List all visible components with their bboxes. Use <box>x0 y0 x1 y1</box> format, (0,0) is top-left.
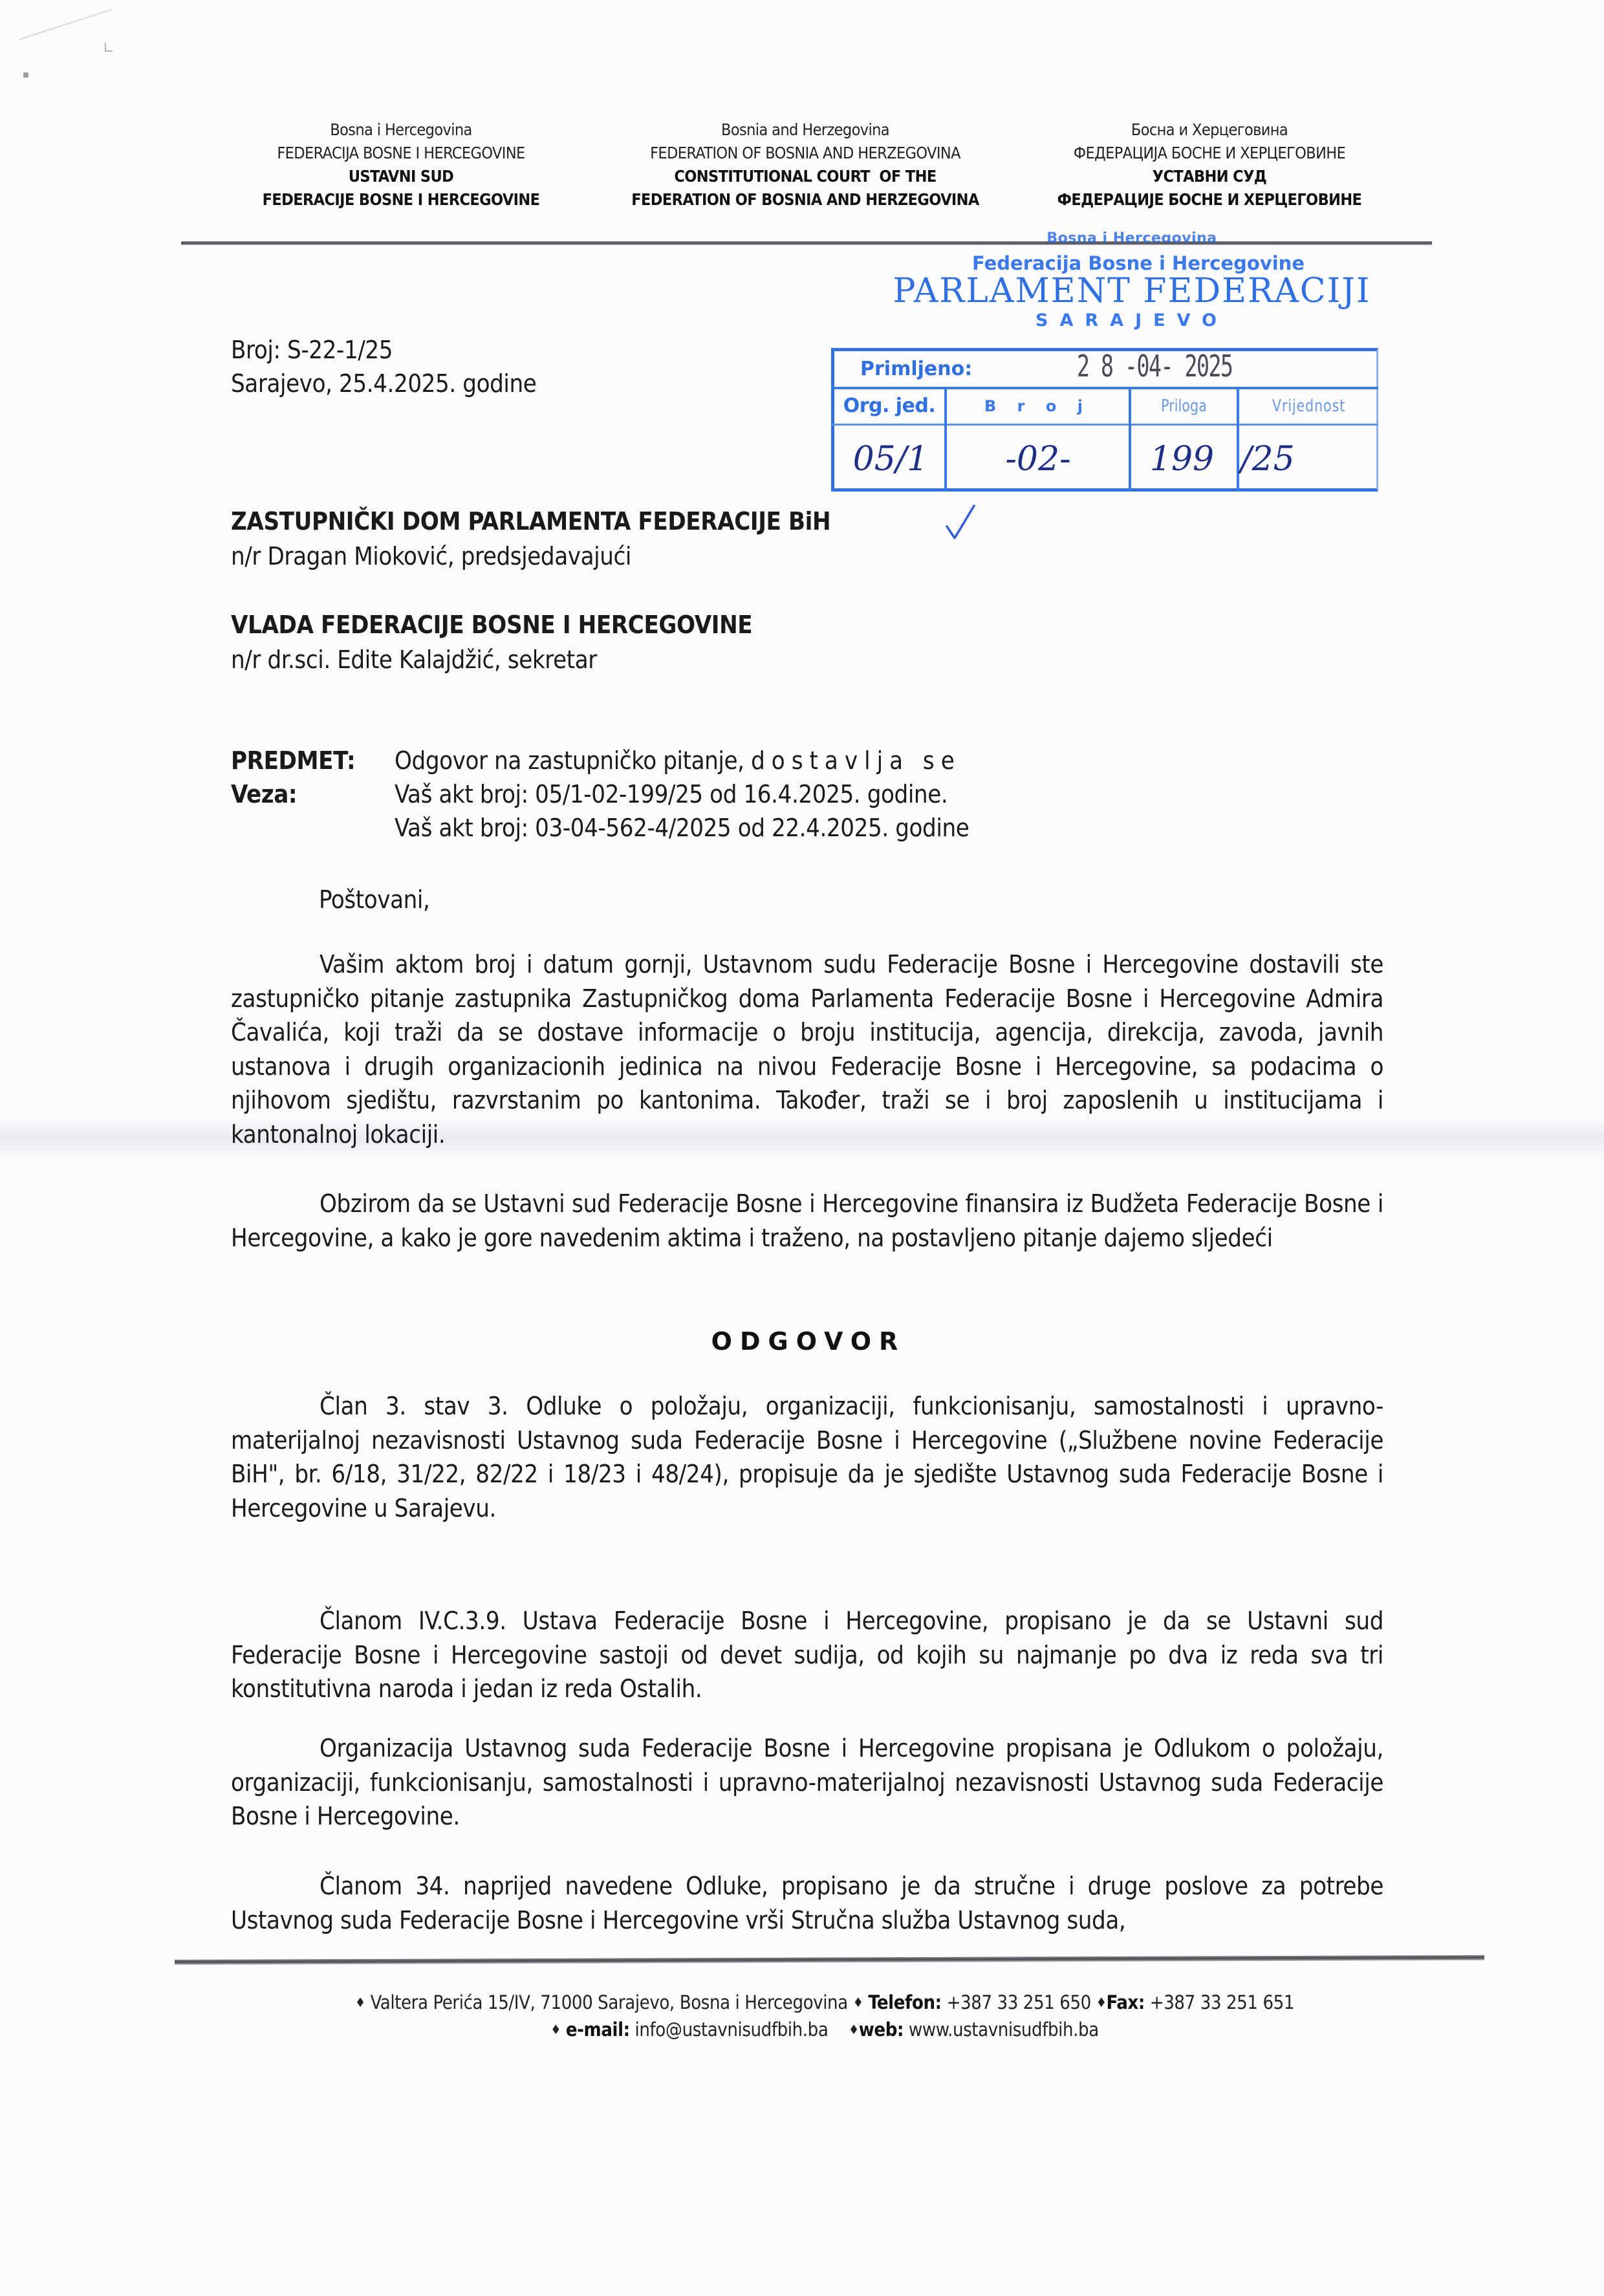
paragraph-text: Vašim aktom broj i datum gornji, Ustavno… <box>231 948 1383 1151</box>
footer-web-label: web: <box>859 2019 904 2041</box>
stamp-header-org-unit: Org. jed. <box>834 393 944 419</box>
relation-label: Veza: <box>231 777 297 811</box>
body-paragraph: Članom IV.C.3.9. Ustava Federacije Bosne… <box>231 1604 1383 1706</box>
body-paragraph: Obzirom da se Ustavni sud Federacije Bos… <box>231 1187 1383 1255</box>
stamp-handwritten-org-unit: 05/1 <box>842 439 939 480</box>
stamp-received-date: 2 8 -04- 2025 <box>1077 347 1233 385</box>
letterhead-court: USTAVNI SUD <box>226 165 576 188</box>
stamp-city: SARAJEVO <box>996 309 1268 332</box>
checkmark-icon <box>946 504 975 539</box>
footer-web-link[interactable]: www.ustavnisudfbih.ba <box>909 2019 1099 2041</box>
letterhead-court: CONSTITUTIONAL COURT OF THE <box>582 165 1028 188</box>
stamp-column-divider <box>1129 388 1131 492</box>
footer-email-link[interactable]: info@ustavnisudfbih.ba <box>635 2019 829 2041</box>
stamp-country: Bosna i Hercegovina <box>996 231 1268 243</box>
subject-action: dostavlja se <box>751 746 961 775</box>
letterhead-federation: FEDERATION OF BOSNIA AND HERZEGOVINA <box>582 142 1028 165</box>
letterhead-bosnian: Bosna i Hercegovina FEDERACIJA BOSNE I H… <box>226 118 576 211</box>
stamp-header-value: Vrijednost <box>1253 393 1365 419</box>
letterhead-country: Bosnia and Herzegovina <box>582 118 1028 142</box>
letterhead-court: УСТАВНИ СУД <box>1022 165 1397 188</box>
letterhead-federation: ФЕДЕРАЦИЈА БОСНЕ И ХЕРЦЕГОВИНЕ <box>1022 142 1397 165</box>
subject-text: Odgovor na zastupničko pitanje, dostavlj… <box>395 744 961 777</box>
bullet-icon: ♦ <box>355 1995 365 2010</box>
stamp-parliament: PARLAMENT FEDERACIJI <box>880 272 1384 310</box>
footer-phone: +387 33 251 650 <box>947 1991 1091 2013</box>
paragraph-text: Član 3. stav 3. Odluke o položaju, organ… <box>231 1389 1383 1525</box>
reference-place-date: Sarajevo, 25.4.2025. godine <box>231 367 536 400</box>
scan-speck <box>105 43 113 52</box>
letterhead-court-federation: FEDERATION OF BOSNIA AND HERZEGOVINA <box>582 188 1028 211</box>
salutation: Poštovani, <box>319 883 430 916</box>
letterhead-court-federation: FEDERACIJE BOSNE I HERCEGOVINE <box>226 188 576 211</box>
recipient-title: VLADA FEDERACIJE BOSNE I HERCEGOVINE <box>231 608 752 642</box>
bullet-icon: ♦ <box>853 1995 863 2010</box>
stamp-handwritten-sequence: 199 <box>1132 439 1232 480</box>
letterhead-english: Bosnia and Herzegovina FEDERATION OF BOS… <box>582 118 1028 211</box>
scan-mark <box>19 9 112 40</box>
stamp-column-divider <box>1237 388 1239 492</box>
stamp-handwritten-year: /25 <box>1241 439 1312 480</box>
bullet-icon: ♦ <box>849 2022 859 2037</box>
relation-line: Vaš akt broj: 05/1-02-199/25 od 16.4.202… <box>395 777 948 811</box>
footer-phone-label: Telefon: <box>868 1991 941 2013</box>
paragraph-text: Obzirom da se Ustavni sud Federacije Bos… <box>231 1187 1383 1255</box>
stamp-divider <box>831 424 1378 426</box>
subject-label: PREDMET: <box>231 744 355 777</box>
stamp-divider <box>831 387 1378 389</box>
footer-contact-line: ♦ Valtera Perića 15/IV, 71000 Sarajevo, … <box>181 1989 1468 2015</box>
relation-line: Vaš akt broj: 03-04-562-4/2025 od 22.4.2… <box>395 811 969 845</box>
body-paragraph: Vašim aktom broj i datum gornji, Ustavno… <box>231 948 1383 1151</box>
paragraph-text: Organizacija Ustavnog suda Federacije Bo… <box>231 1731 1383 1834</box>
letterhead-country: Босна и Херцеговина <box>1022 118 1397 142</box>
answer-heading: ODGOVOR <box>582 1325 1035 1358</box>
footer-email-label: e-mail: <box>566 2019 630 2041</box>
footer-fax: +387 33 251 651 <box>1150 1991 1294 2013</box>
letterhead-cyrillic: Босна и Херцеговина ФЕДЕРАЦИЈА БОСНЕ И Х… <box>1022 118 1397 211</box>
recipient-attention: n/r dr.sci. Edite Kalajdžić, sekretar <box>231 643 597 677</box>
paragraph-text: Članom 34. naprijed navedene Odluke, pro… <box>231 1869 1383 1937</box>
body-paragraph: Organizacija Ustavnog suda Federacije Bo… <box>231 1731 1383 1834</box>
footer-online-line: ♦ e-mail: info@ustavnisudfbih.ba ♦web: w… <box>181 2017 1468 2042</box>
stamp-header-attachments: Priloga <box>1142 393 1226 419</box>
stamp-header-number: B r o j <box>947 393 1128 419</box>
body-paragraph: Član 3. stav 3. Odluke o položaju, organ… <box>231 1389 1383 1525</box>
footer-address: Valtera Perića 15/IV, 71000 Sarajevo, Bo… <box>371 1991 848 2013</box>
recipient-title: ZASTUPNIČKI DOM PARLAMENTA FEDERACIJE Bi… <box>231 504 830 538</box>
bullet-icon: ♦ <box>1096 1995 1107 2010</box>
reference-number: Broj: S-22-1/25 <box>231 333 393 367</box>
stamp-received-label: Primljeno: <box>860 358 972 381</box>
letterhead-country: Bosna i Hercegovina <box>226 118 576 142</box>
paragraph-text: Članom IV.C.3.9. Ustava Federacije Bosne… <box>231 1604 1383 1706</box>
stamp-federation: Federacija Bosne i Hercegovine <box>931 252 1345 274</box>
stamp-handwritten-number: -02- <box>954 439 1122 480</box>
letterhead-federation: FEDERACIJA BOSNE I HERCEGOVINE <box>226 142 576 165</box>
recipient-attention: n/r Dragan Mioković, predsjedavajući <box>231 539 631 573</box>
body-paragraph: Članom 34. naprijed navedene Odluke, pro… <box>231 1869 1383 1937</box>
bullet-icon: ♦ <box>550 2022 561 2037</box>
footer-fax-label: Fax: <box>1106 1991 1144 2013</box>
scan-speck <box>23 72 28 78</box>
letterhead-court-federation: ФЕДЕРАЦИЈЕ БОСНЕ И ХЕРЦЕГОВИНЕ <box>1022 188 1397 211</box>
subject-main: Odgovor na zastupničko pitanje, <box>395 746 751 775</box>
footer-divider <box>175 1955 1484 1965</box>
